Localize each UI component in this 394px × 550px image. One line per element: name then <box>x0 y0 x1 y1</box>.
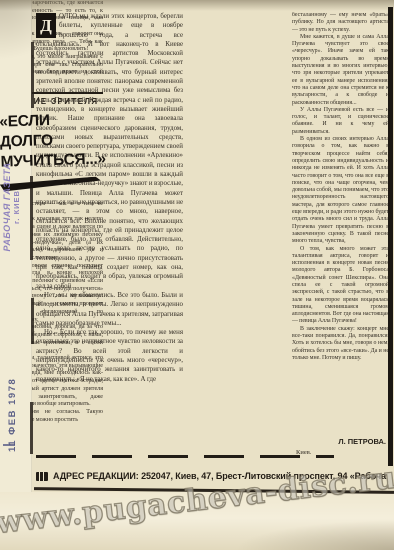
scan-edge-mark <box>31 42 34 108</box>
paper-curl-shadow <box>234 520 394 550</box>
byline: Л. ПЕТРОВА. <box>290 437 386 446</box>
article-column-1: ДОЛГО мы ждали этих концертов, берегли б… <box>36 12 183 458</box>
newspaper-clipping: РАБОЧАЯ ГАЗЕТА г. КИЕВ 11 ФЕВ 1978 ДОЛГО… <box>0 0 394 550</box>
library-stamp-line2: г. КИЕВ <box>12 146 21 268</box>
top-edge-shadow <box>0 0 394 11</box>
library-stamp: РАБОЧАЯ ГАЗЕТА г. КИЕВ <box>2 146 21 268</box>
library-stamp-line1: РАБОЧАЯ ГАЗЕТА <box>2 146 12 268</box>
scan-edge-mark <box>30 402 33 454</box>
paragraph: Но... Если все так хорошо, то почему же … <box>36 328 183 384</box>
paragraph: бесталанному — ему нечем «брать» публику… <box>292 12 389 34</box>
drop-cap: Д <box>36 13 56 38</box>
masthead-logo-icon <box>36 472 48 481</box>
paragraph: Мне кажется, в душе и сама Алла Пугачева… <box>292 34 389 107</box>
date-stamp: 11 ФЕВ 1978 <box>7 348 18 452</box>
dashed-divider <box>36 455 334 458</box>
scan-edge-mark <box>30 176 33 260</box>
clipping-left-margin <box>0 0 32 550</box>
column1-paragraphs: Нет, мы не обманулись. Все это было. Был… <box>36 291 183 384</box>
paragraph: Нет, мы не обманулись. Все это было. Был… <box>36 291 183 328</box>
paragraph: О том, как много может эта талантливая а… <box>292 246 389 326</box>
paragraph: У Аллы Пугачевой есть все — и голос, и т… <box>292 107 389 136</box>
right-edge-bar <box>388 7 393 466</box>
paragraph: В заключение скажу: концерт мне все-таки… <box>292 326 389 362</box>
paragraph: В одном из своих интервью Алла говорила … <box>292 136 389 245</box>
article-column-3: бесталанному — ему нечем «брать» публику… <box>292 12 389 436</box>
column3-paragraphs: бесталанному — ему нечем «брать» публику… <box>292 12 389 362</box>
scan-edge-mark <box>31 298 34 344</box>
